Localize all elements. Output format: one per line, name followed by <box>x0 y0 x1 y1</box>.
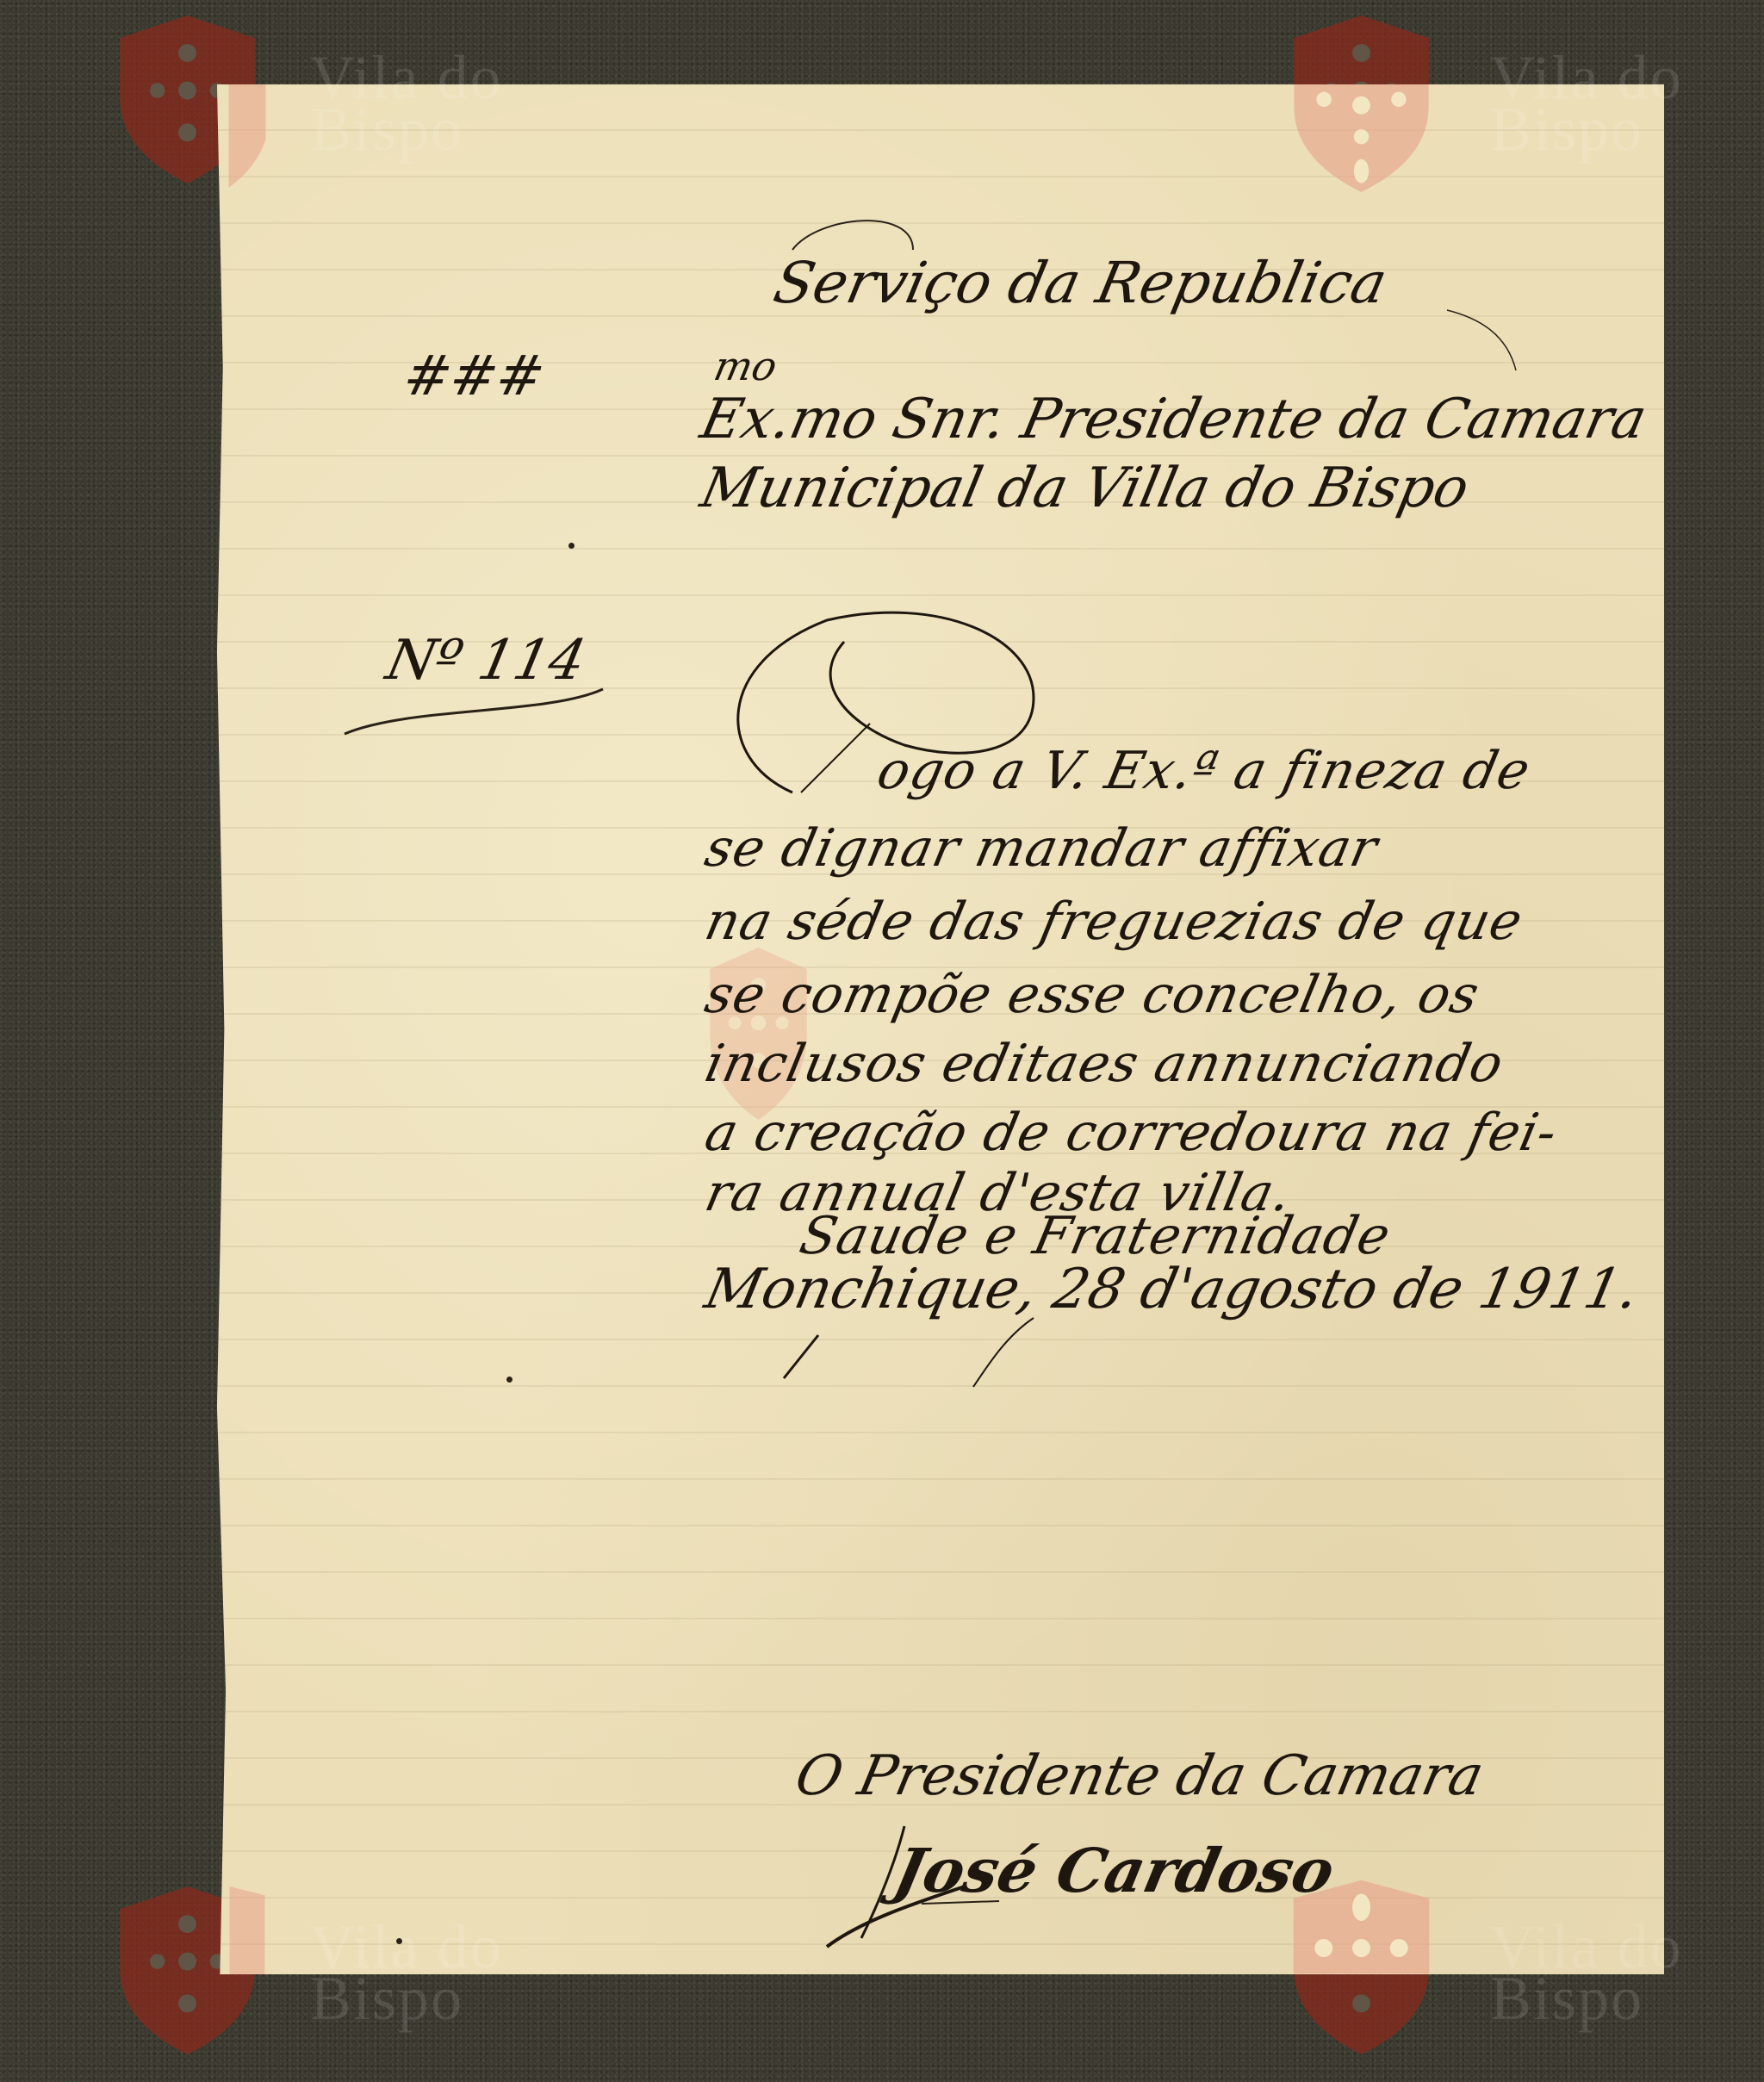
ink-speck <box>568 543 575 549</box>
addressee-superscript: mo <box>710 343 781 389</box>
ink-speck <box>396 1938 402 1944</box>
watermark-text: Vila do Bispo <box>1490 52 1683 155</box>
ink-speck <box>506 1377 512 1383</box>
hash-mark: ### <box>398 345 550 408</box>
body-line: se dignar mandar affixar <box>700 818 1383 879</box>
body-line: se compõe esse concelho, os <box>700 965 1485 1025</box>
addressee-line-1: Ex.mo Snr. Presidente da Camara <box>695 388 1652 451</box>
body-line: a creação de corredoura na fei- <box>700 1103 1563 1163</box>
shield-icon <box>217 84 277 188</box>
shield-icon <box>217 1886 277 1974</box>
watermark-text: Vila do Bispo <box>1490 1921 1683 2024</box>
reference-underline <box>340 681 616 741</box>
shield-icon <box>1286 84 1437 192</box>
addressee-line-2: Municipal da Villa do Bispo <box>695 457 1475 520</box>
watermark-text: Vila do Bispo <box>310 1921 503 2024</box>
watermark-text: Vila do Bispo <box>310 52 503 155</box>
heading-flourish <box>758 198 1619 370</box>
body-line: na séde das freguezias de que <box>700 892 1529 952</box>
body-line: inclusos editaes annunciando <box>700 1034 1509 1094</box>
body-line: ogo a V. Ex.ª a fineza de <box>873 741 1536 801</box>
signature-title: O Presidente da Camara <box>790 1744 1489 1808</box>
signature-flourish <box>810 1818 1154 1955</box>
date-flourish <box>775 1309 1120 1395</box>
